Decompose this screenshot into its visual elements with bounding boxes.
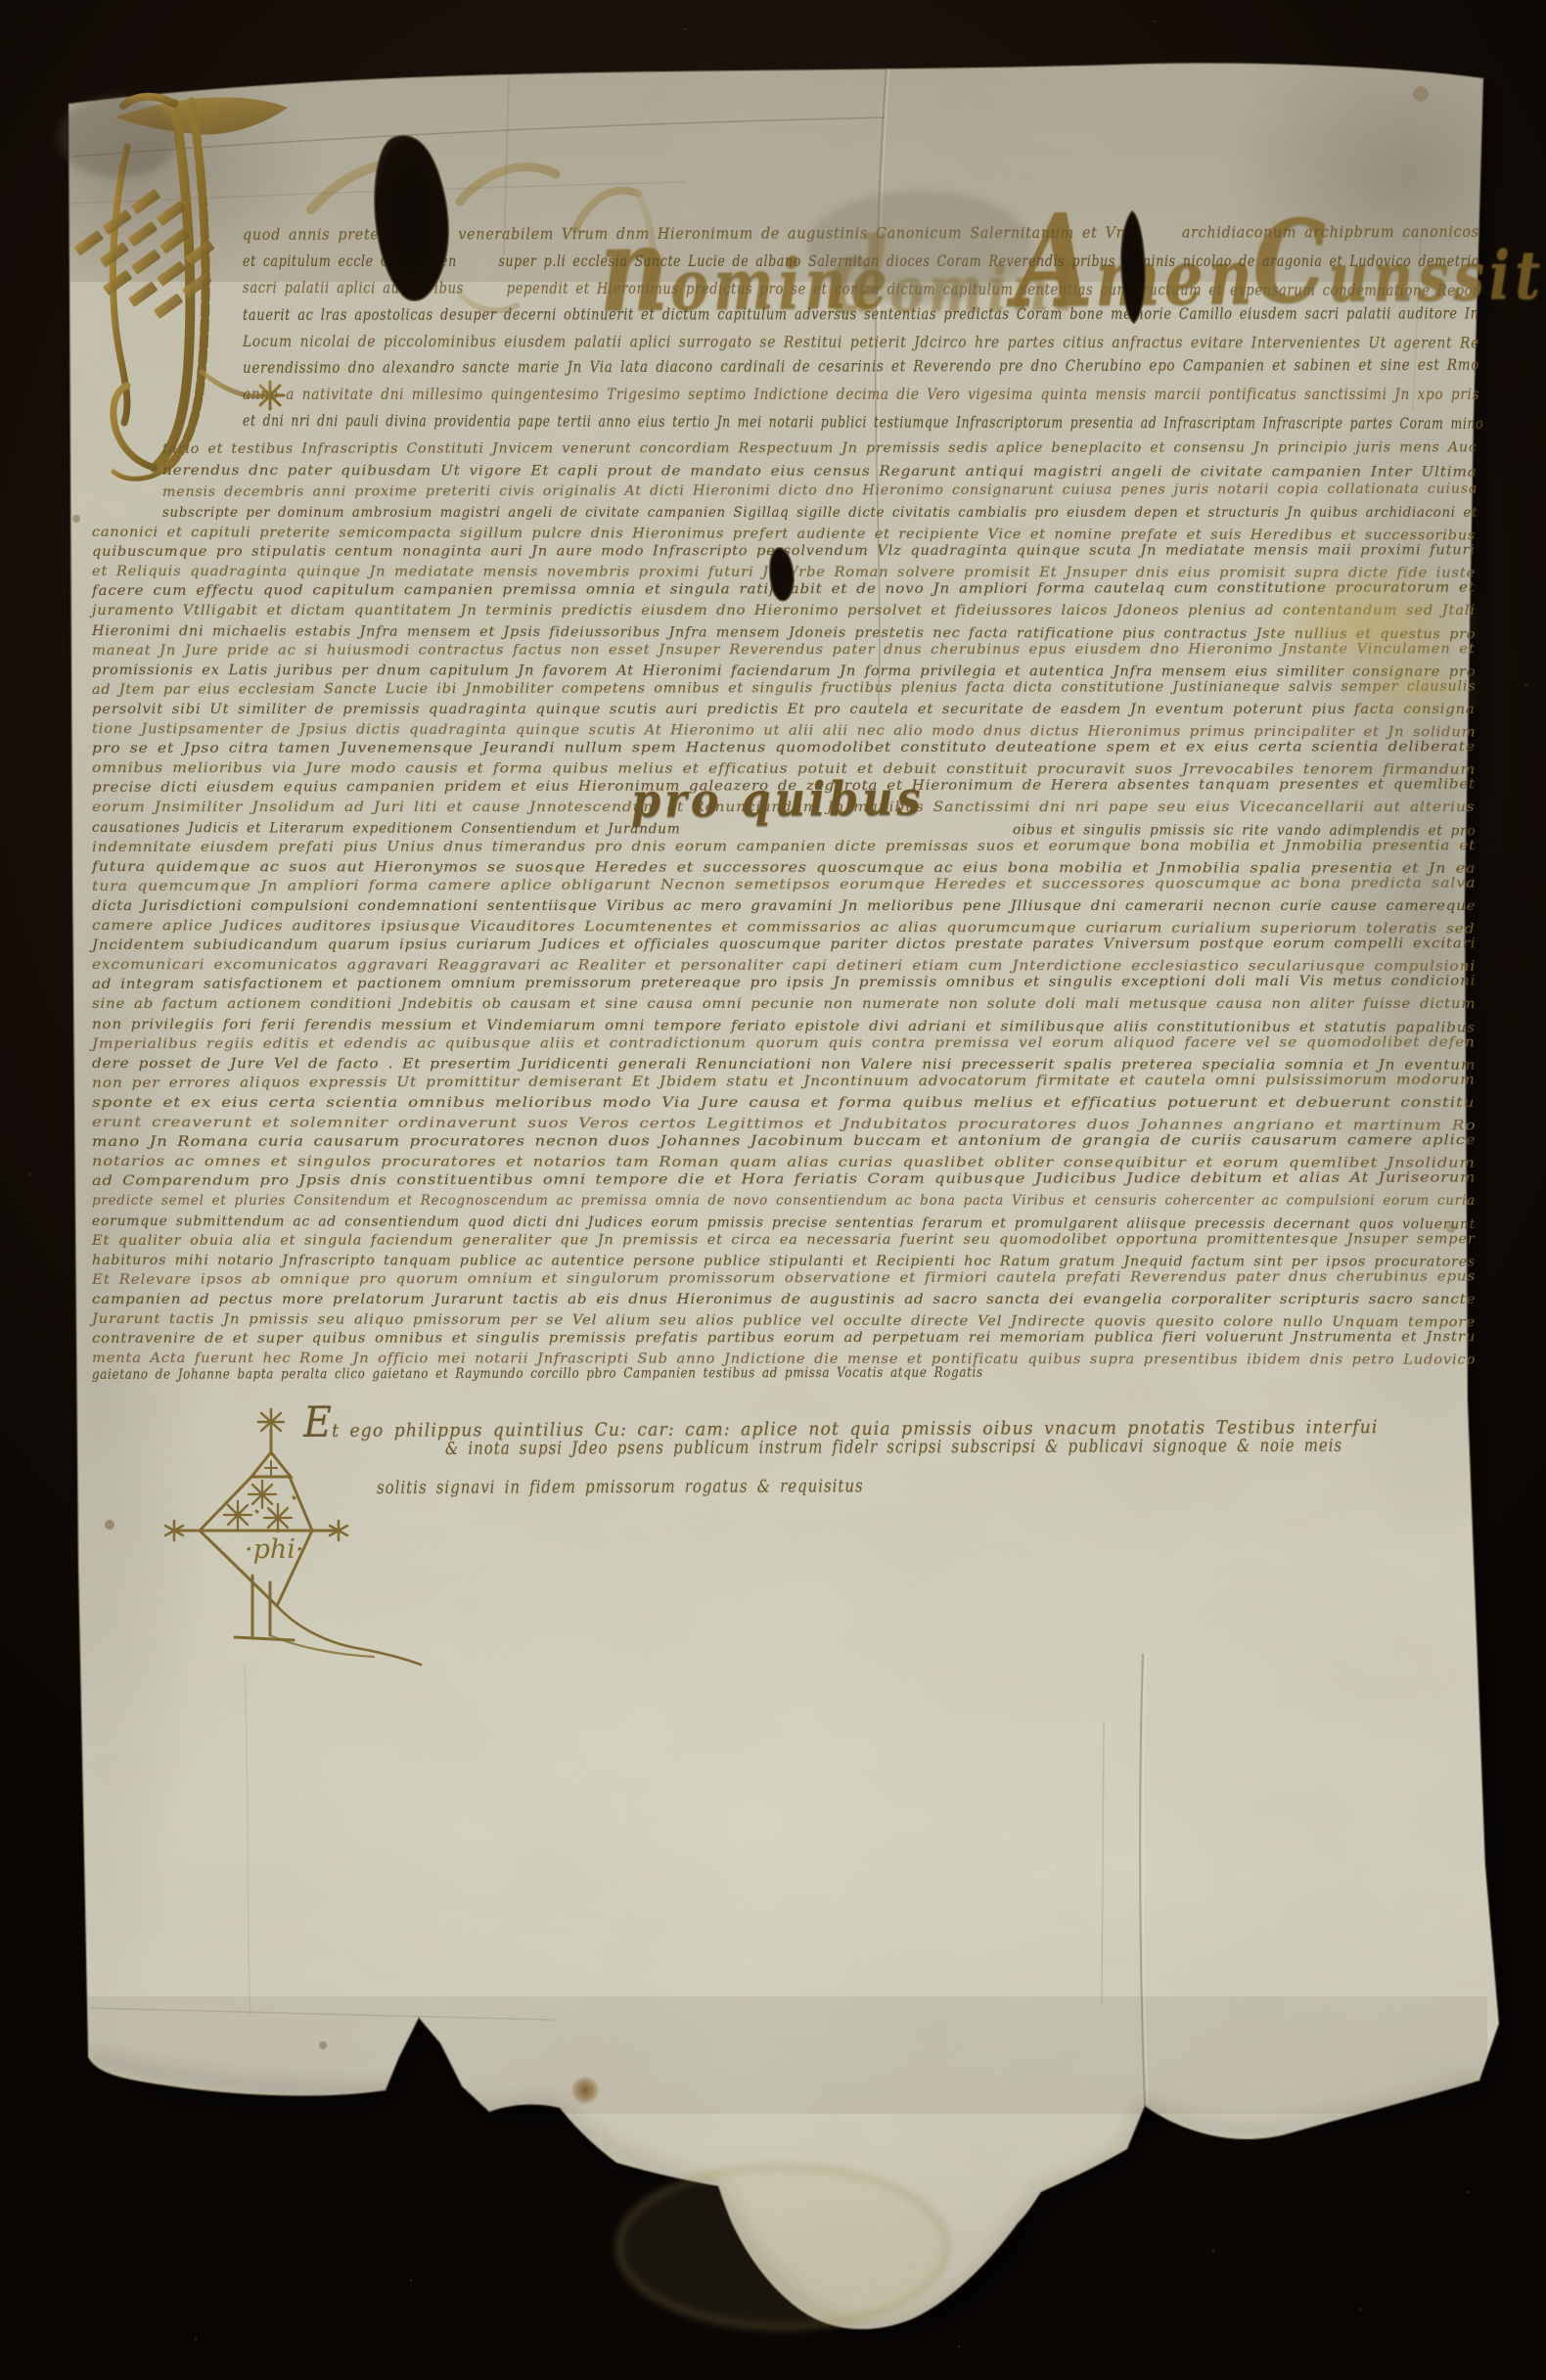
- manuscript-line: nerendus dnc pater quibusdam Ut vigore E…: [162, 463, 1478, 481]
- manuscript-line: persolvit sibi Ut similiter de premissis…: [92, 702, 1476, 717]
- manuscript-line: mano Jn Romana curia causarum procurator…: [92, 1132, 1476, 1150]
- manuscript-line: quod annis preteritis venerabilem Virum …: [243, 223, 1479, 244]
- manuscript-line: Et Relevare ipsos ab omnique pro quorum …: [92, 1268, 1476, 1287]
- manuscript-line: sine ab factum actionem conditioni Jndeb…: [92, 996, 1476, 1012]
- manuscript-line: indemnitate eiusdem prefati pius Unius d…: [92, 838, 1476, 855]
- manuscript-line: Hieronimi dni michaelis estabis Jnfra me…: [92, 623, 1476, 642]
- manuscript-line: sponte et ex eius certa scientia omnibus…: [92, 1095, 1476, 1111]
- subscription-line: solitis signavi in fidem pmissorum rogat…: [377, 1477, 864, 1498]
- manuscript-line: ad Jtem par eius ecclesiam Sancte Lucie …: [92, 678, 1476, 697]
- manuscript-line: eorumque submittendum ac ad consentiendu…: [92, 1213, 1476, 1232]
- manuscript-line: et Reliquis quadraginta quinque Jn media…: [92, 564, 1476, 581]
- manuscript-line: promissionis ex Latis juribus per dnum c…: [92, 663, 1477, 680]
- manuscript-text-layer: nominedominiAmenCunssit quod annis prete…: [0, 0, 1546, 2380]
- manuscript-line: Jurarunt tactis Jn pmissis seu aliquo pm…: [92, 1311, 1476, 1330]
- manuscript-line: ad integram satisfactionem et pactionem …: [92, 974, 1476, 992]
- manuscript-line: anno a nativitate dni millesimo quingent…: [243, 386, 1479, 403]
- manuscript-line: dicta Jurisdictioni compulsioni condemna…: [92, 898, 1476, 914]
- manuscript-line: excomunicari excomunicatos aggravari Rea…: [92, 957, 1476, 975]
- manuscript-line: quibuscumque pro stipulatis centum nonag…: [92, 542, 1476, 560]
- manuscript-line: campanien ad pectus more prelatorum Jura…: [92, 1292, 1477, 1307]
- manuscript-line: et dni nri dni pauli divina providentia …: [243, 412, 1483, 433]
- manuscript-line: habituros mihi notario Jnfrascripto tanq…: [92, 1253, 1476, 1270]
- manuscript-line: subscripte per dominum ambrosium magistr…: [162, 505, 1478, 521]
- manuscript-line: tario et testibus Infrascriptis Constitu…: [162, 439, 1478, 457]
- manuscript-line: predicte semel et pluries Consitendum et…: [92, 1193, 1476, 1209]
- manuscript-line: maneat Jn Jure pride ac si huiusmodi con…: [92, 641, 1476, 659]
- manuscript-line: erunt creaverunt et solemniter ordinaver…: [92, 1115, 1477, 1133]
- manuscript-line: sacri palatii aplici auditoribus pependi…: [243, 279, 1479, 299]
- manuscript-line: et capitulum eccle Campanien super p.li …: [243, 252, 1479, 270]
- manuscript-line: juramento Vtlligabit et dictam quantitat…: [92, 603, 1476, 618]
- manuscript-line: Jmperialibus regiis editis et edendis ac…: [92, 1034, 1476, 1052]
- manuscript-line: tura quemcumque Jn ampliori forma camere…: [92, 875, 1476, 893]
- manuscript-line: gaietano de Johanne bapta peralta clico …: [92, 1365, 983, 1383]
- manuscript-line: non per errores aliquos expressis Ut pro…: [92, 1072, 1476, 1090]
- manuscript-line: mensis decembris anni proxime preteriti …: [162, 481, 1478, 499]
- subscription-line: & inota supsi Jdeo psens publicum instru…: [445, 1437, 1342, 1459]
- manuscript-line: camere aplice Judices auditores ipsiusqu…: [92, 918, 1475, 937]
- manuscript-line: Et qualiter obuia alia et singula facien…: [92, 1231, 1476, 1249]
- manuscript-line: dere posset de Jure Vel de facto . Et pr…: [92, 1056, 1476, 1074]
- manuscript-line: Jncidentem subiudicandum quarum ipsius c…: [92, 936, 1476, 953]
- manuscript-line: non privilegiis fori ferii ferendis mess…: [92, 1017, 1476, 1035]
- manuscript-photo: nominedominiAmenCunssit quod annis prete…: [0, 0, 1546, 2380]
- manuscript-line: canonici et capituli preterite semicompa…: [92, 525, 1476, 543]
- manuscript-line: Locum nicolai de piccolominibus eiusdem …: [243, 333, 1479, 352]
- manuscript-line: contravenire de et super quibus omnibus …: [92, 1329, 1476, 1347]
- emphasis-pro-quibus: pro quibus: [631, 772, 925, 829]
- manuscript-line: ad Comparendum pro Jpsis dnis constituen…: [92, 1170, 1476, 1189]
- manuscript-line: pro se et Jpso citra tamen Juvenemensque…: [92, 739, 1476, 756]
- manuscript-line: futura quidemque ac suos aut Hieronymos …: [92, 859, 1476, 877]
- manuscript-line: facere cum effectu quod capitulum campan…: [92, 580, 1476, 599]
- manuscript-line: tauerit ac lras apostolicas desuper dece…: [243, 304, 1479, 324]
- manuscript-line: tione Justipsamenter de Jpsius dictis qu…: [92, 721, 1476, 740]
- manuscript-line: notarios ac omnes et singulos procurator…: [92, 1154, 1476, 1171]
- manuscript-line: uerendissimo dno alexandro sancte marie …: [243, 356, 1479, 377]
